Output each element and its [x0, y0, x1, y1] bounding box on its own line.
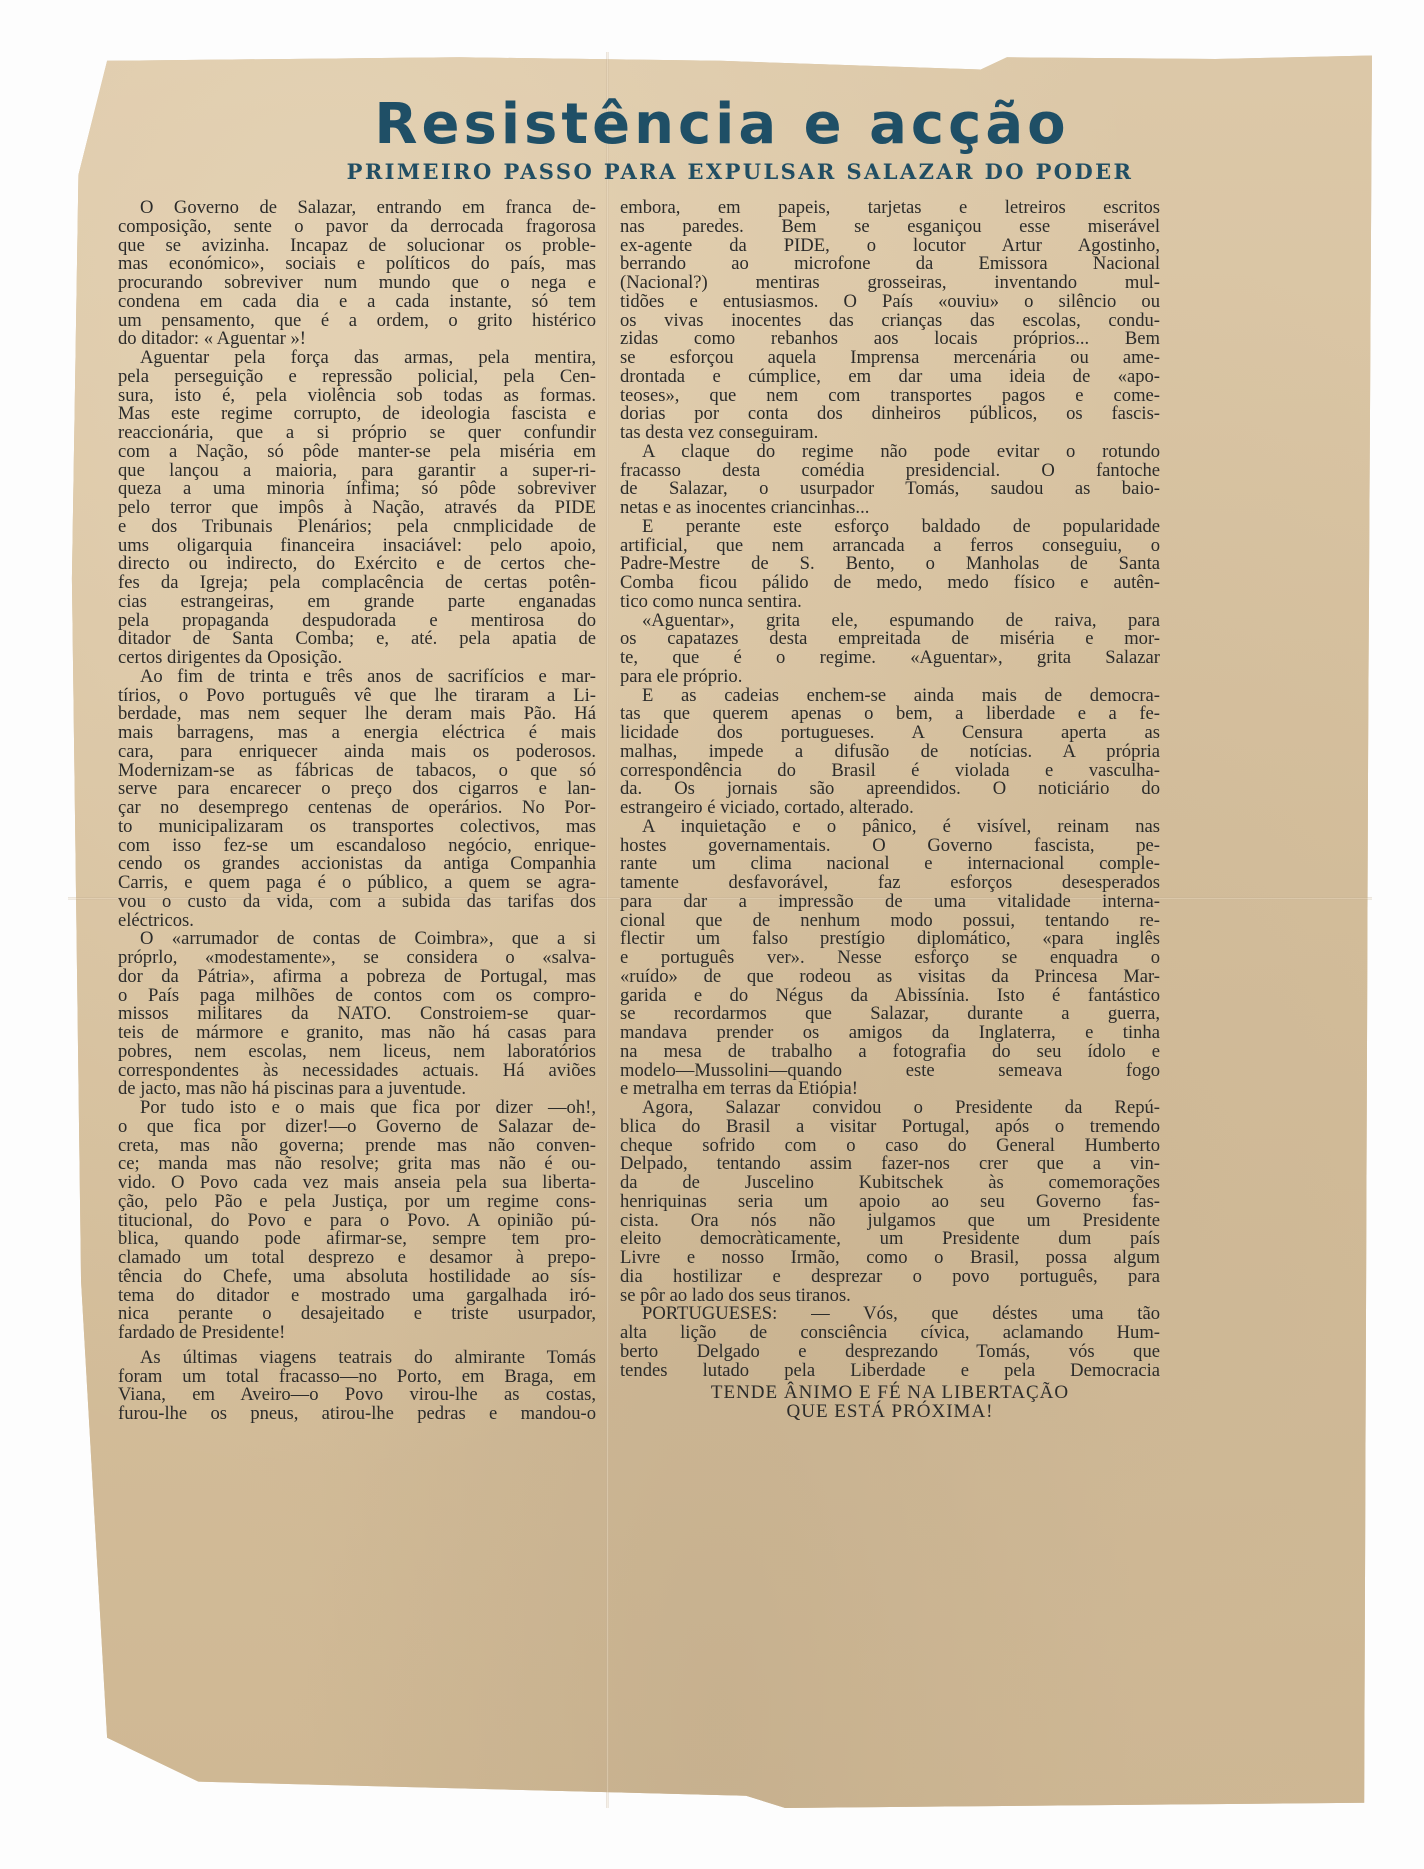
- text-line: tas desta vez conseguiram.: [620, 424, 1160, 443]
- text-line: próprlo, «modestamente», se considera o …: [118, 949, 596, 968]
- text-line: fardado de Presidente!: [118, 1324, 596, 1343]
- text-line: netas e as inocentes criancinhas...: [620, 499, 1160, 518]
- text-line: Aguentar pela força das armas, pela ment…: [118, 349, 596, 368]
- right-text-column: embora, em papeis, tarjetas e letreiros …: [620, 199, 1160, 1422]
- vertical-fold-crease: [606, 52, 609, 1808]
- text-line: clamado um total desprezo e desamor à pr…: [118, 1249, 596, 1268]
- text-line: tendes lutado pela Liberdade e pela Demo…: [620, 1362, 1160, 1381]
- text-line: tico como nunca sentira.: [620, 593, 1160, 612]
- text-line: berto Delgado e desprezando Tomás, vós q…: [620, 1343, 1160, 1362]
- text-line: «ruído» de que rodeou as visitas da Prin…: [620, 968, 1160, 987]
- text-line: procurando sobreviver num mundo que o ne…: [118, 274, 596, 293]
- text-line: condena em cada dia e a cada instante, s…: [118, 293, 596, 312]
- text-line: mandava prender os amigos da Inglaterra,…: [620, 1024, 1160, 1043]
- text-line: com a Nação, só pôde manter-se pela misé…: [118, 443, 596, 462]
- text-line: cara, para enriquecer ainda mais os pode…: [118, 743, 596, 762]
- text-line: Agora, Salazar convidou o Presidente da …: [620, 1099, 1160, 1118]
- text-line: vido. O Povo cada vez mais anseia pela s…: [118, 1174, 596, 1193]
- text-line: nas paredes. Bem se esganiçou esse miser…: [620, 218, 1160, 237]
- text-line: para ele próprio.: [620, 668, 1160, 687]
- text-line: para dar a impressão de uma vitalidade i…: [620, 893, 1160, 912]
- text-line: tência do Chefe, uma absoluta hostilidad…: [118, 1268, 596, 1287]
- text-line: composição, sente o pavor da derrocada f…: [118, 218, 596, 237]
- text-line: dor da Pátria», afirma a pobreza de Port…: [118, 968, 596, 987]
- text-line: certos dirigentes da Oposição.: [118, 649, 596, 668]
- text-line: malhas, impede a difusão de notícias. A …: [620, 743, 1160, 762]
- text-line: o que fica por dizer!—o Governo de Salaz…: [118, 1118, 596, 1137]
- text-line: se esforçou aquela Imprensa mercenária o…: [620, 349, 1160, 368]
- text-line: e português ver». Nesse esforço se enqua…: [620, 949, 1160, 968]
- text-line: (Nacional?) mentiras grosseiras, inventa…: [620, 274, 1160, 293]
- text-line: na mesa de trabalho a fotografia do seu …: [620, 1043, 1160, 1062]
- text-line: vou o custo da vida, com a subida das ta…: [118, 893, 596, 912]
- text-line: çar no desemprego centenas de operários.…: [118, 799, 596, 818]
- closing-slogan-line: QUE ESTÁ PRÓXIMA!: [620, 1403, 1160, 1422]
- text-line: A claque do regime não pode evitar o rot…: [620, 443, 1160, 462]
- text-line: to municipalizaram os transportes colect…: [118, 818, 596, 837]
- text-line: mais barragens, mas a energia eléctrica …: [118, 724, 596, 743]
- text-line: O Governo de Salazar, entrando em franca…: [118, 199, 596, 218]
- text-line: Por tudo isto e o mais que fica por dize…: [118, 1099, 596, 1118]
- leaflet-title: Resistência e acção: [0, 90, 1424, 160]
- text-line: teis de mármore e granito, mas não há ca…: [118, 1024, 596, 1043]
- text-line: pelo terror que impôs à Nação, através d…: [118, 499, 596, 518]
- text-line: tamente desfavorável, faz esforços deses…: [620, 874, 1160, 893]
- text-line: A inquietação e o pânico, é visível, rei…: [620, 818, 1160, 837]
- text-line: da de Juscelino Kubitschek às comemoraçõ…: [620, 1174, 1160, 1193]
- leaflet-subtitle: PRIMEIRO PASSO PARA EXPULSAR SALAZAR DO …: [175, 158, 1305, 186]
- text-line: reaccionária, que a si próprio se quer c…: [118, 424, 596, 443]
- text-line: alta lição de consciência cívica, aclama…: [620, 1324, 1160, 1343]
- text-line: dia hostilizar e desprezar o povo portug…: [620, 1268, 1160, 1287]
- text-line: e dos Tribunais Plenários; pela cnmplici…: [118, 518, 596, 537]
- text-line: pobres, nem escolas, nem liceus, nem lab…: [118, 1043, 596, 1062]
- text-line: embora, em papeis, tarjetas e letreiros …: [620, 199, 1160, 218]
- text-line: henriquinas seria um apoio ao seu Govern…: [620, 1193, 1160, 1212]
- text-line: furou-lhe os pneus, atirou-lhe pedras e …: [118, 1405, 596, 1424]
- text-line: Ao fim de trinta e três anos de sacrifíc…: [118, 668, 596, 687]
- text-line: As últimas viagens teatrais do almirante…: [118, 1349, 596, 1368]
- text-line: pela perseguição e repressão policial, p…: [118, 368, 596, 387]
- text-line: Carris, e quem paga é o público, a quem …: [118, 874, 596, 893]
- text-line: drontada e cúmplice, em dar uma ideia de…: [620, 368, 1160, 387]
- text-line: Livre e nosso Irmão, como o Brasil, poss…: [620, 1249, 1160, 1268]
- text-line: Comba ficou pálido de medo, medo físico …: [620, 574, 1160, 593]
- text-line: tidões e entusiasmos. O País «ouviu» o s…: [620, 293, 1160, 312]
- text-line: licidade dos portugueses. A Censura aper…: [620, 724, 1160, 743]
- text-line: ção, pelo Pão e pela Justiça, por um reg…: [118, 1193, 596, 1212]
- text-line: blica do Brasil a visitar Portugal, após…: [620, 1118, 1160, 1137]
- text-line: fes da Igreja; pela complacência de cert…: [118, 574, 596, 593]
- text-line: estrangeiro é viciado, cortado, alterado…: [620, 799, 1160, 818]
- left-text-column: O Governo de Salazar, entrando em franca…: [118, 199, 596, 1424]
- text-line: te, que é o regime. «Aguentar», grita Sa…: [620, 649, 1160, 668]
- text-line: E perante este esforço baldado de popula…: [620, 518, 1160, 537]
- text-line: cias estrangeiras, em grande parte engan…: [118, 593, 596, 612]
